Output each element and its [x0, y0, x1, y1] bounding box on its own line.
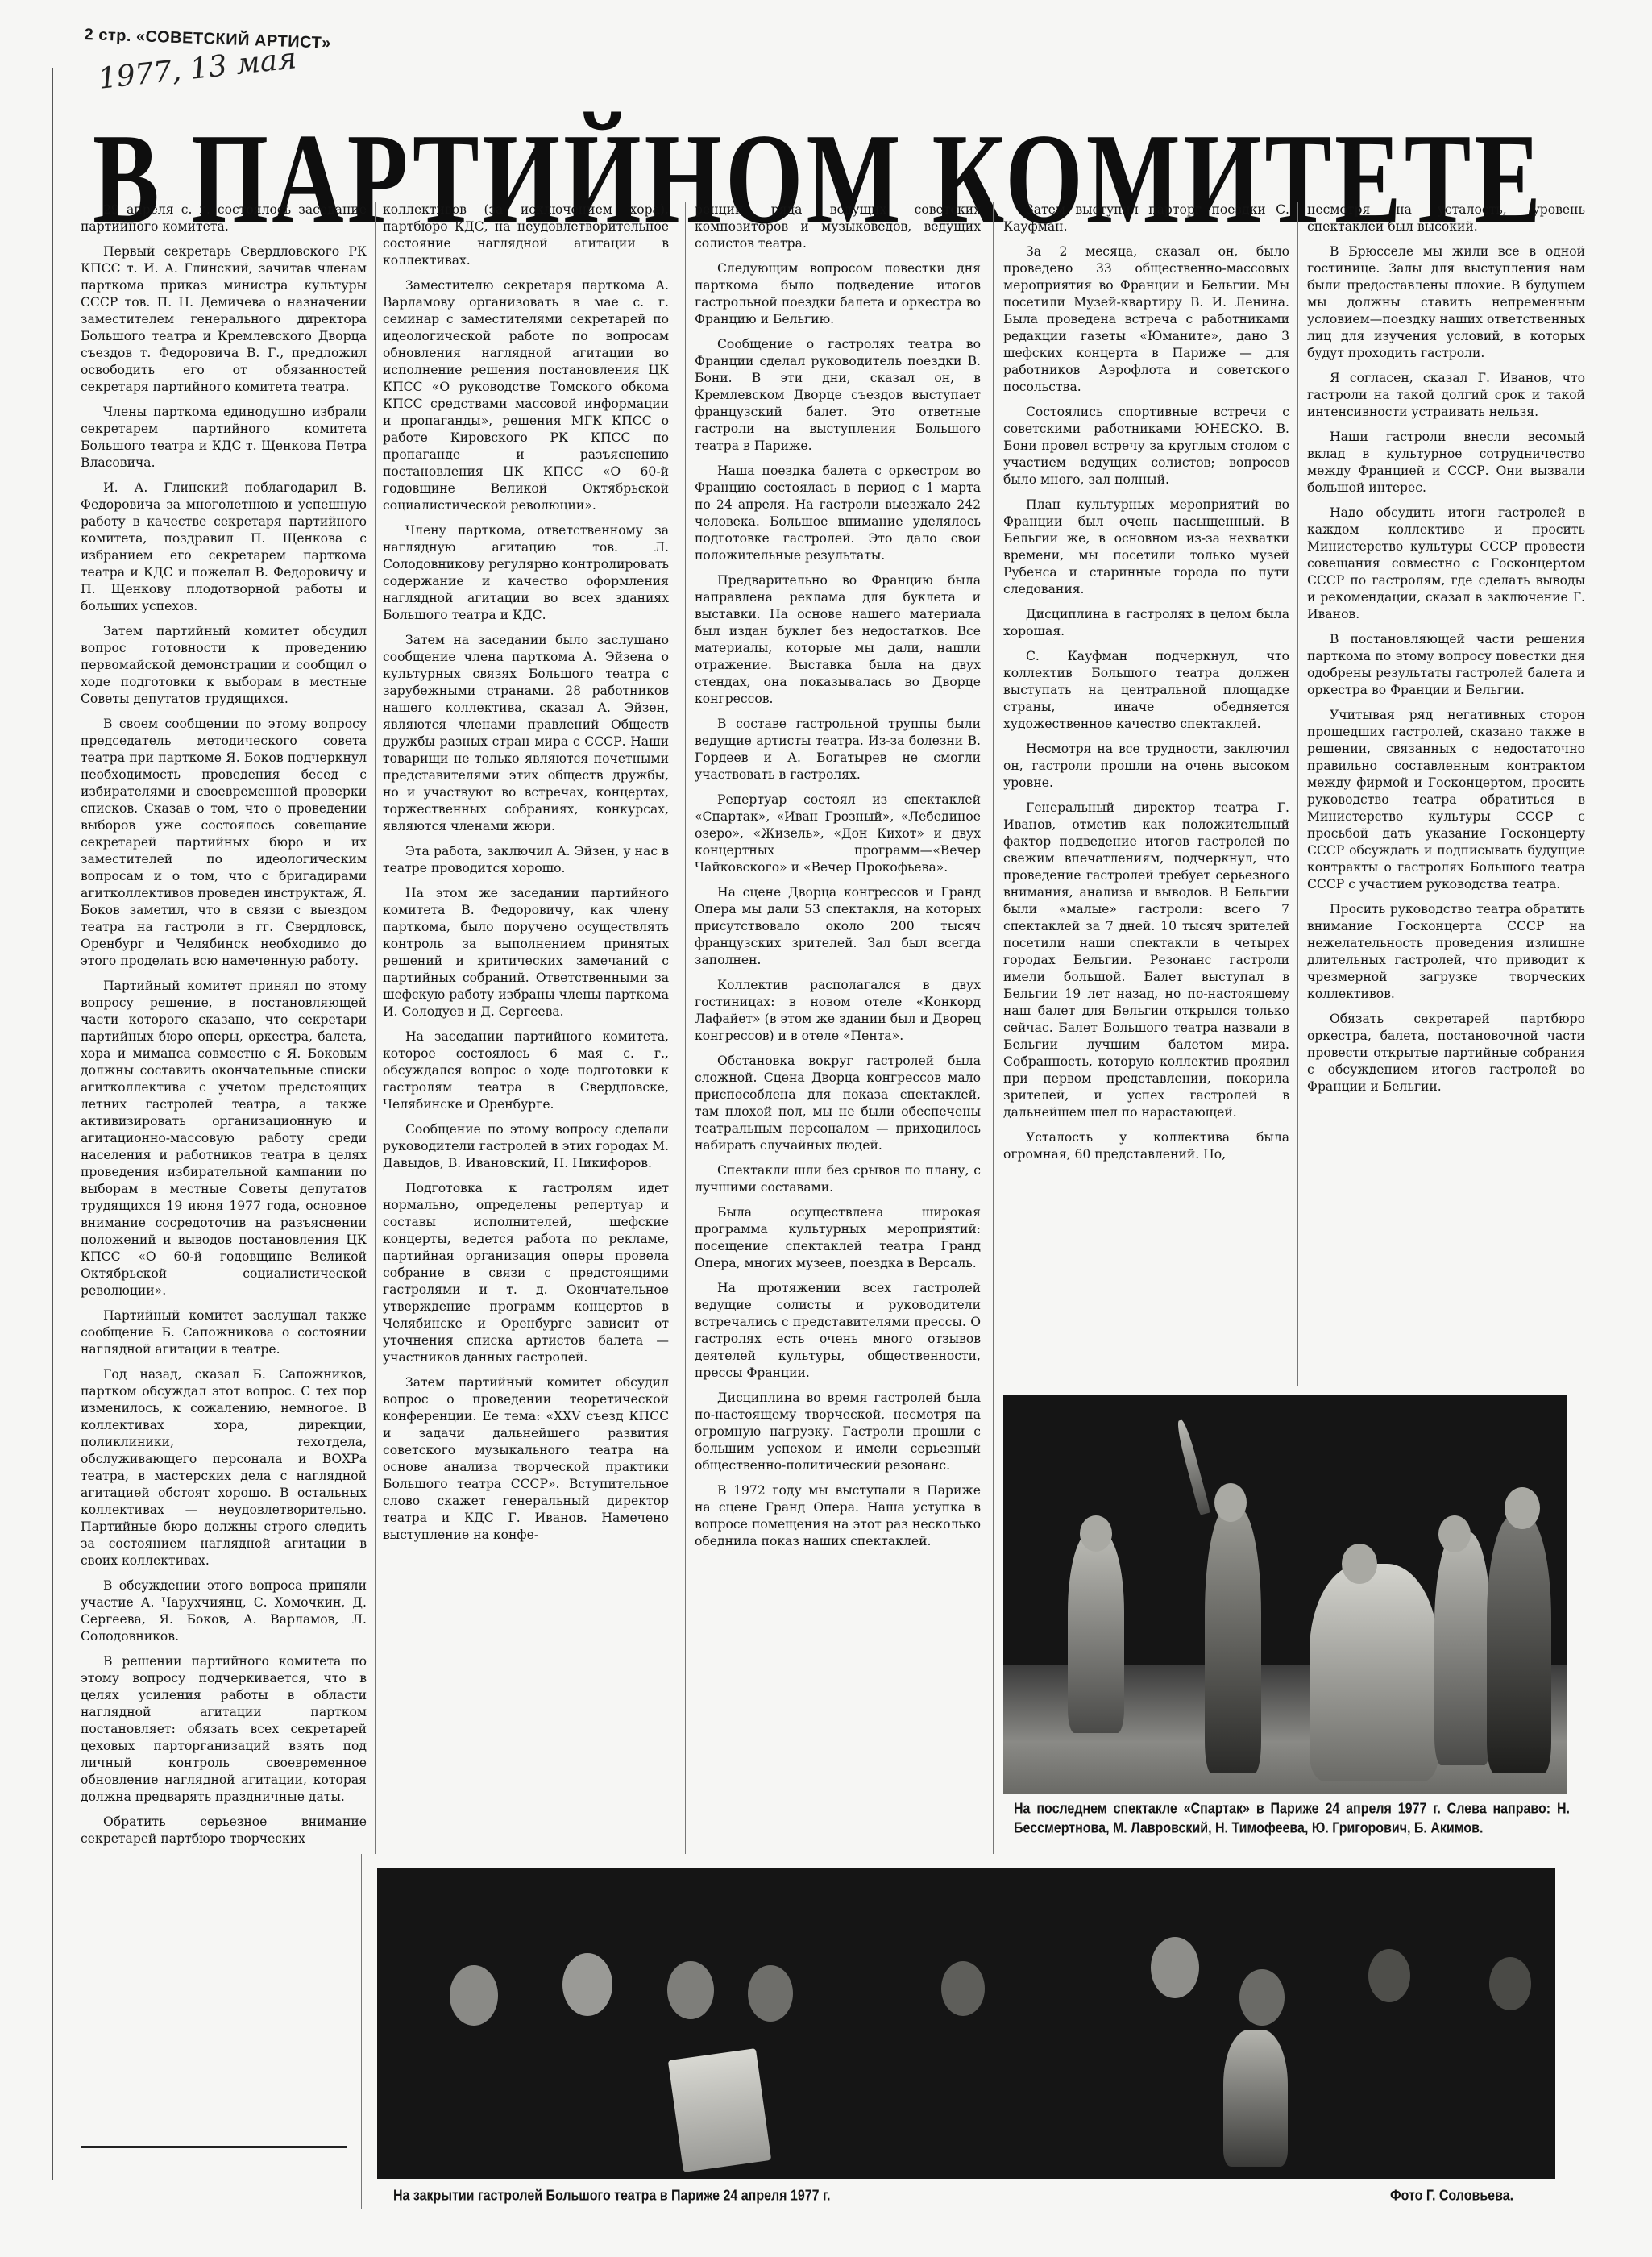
audience-face: [1151, 1937, 1199, 1998]
paragraph: Генеральный директор театра Г. Иванов, о…: [1003, 800, 1289, 1121]
program-booklet: [668, 2048, 771, 2172]
dancer-head: [1342, 1544, 1377, 1584]
ballet-photo: [1003, 1395, 1567, 1794]
paragraph: Наша поездка балета с оркестром во Франц…: [695, 463, 981, 564]
article-column-2: коллективов (за исключением хора), партб…: [383, 202, 669, 1846]
ballet-photo-caption: На последнем спектакле «Спартак» в Париж…: [1014, 1799, 1570, 1838]
paragraph: Просить руководство театра обратить вним…: [1307, 901, 1585, 1003]
audience-photo-caption: На закрытии гастролей Большого театра в …: [393, 2186, 1119, 2205]
article-column-1: 29 апреля с. г. состоялось заседание пар…: [81, 202, 367, 2128]
paragraph: Дисциплина в гастролях в целом была хоро…: [1003, 606, 1289, 640]
audience-face: [1368, 1949, 1410, 2002]
audience-face: [1489, 1957, 1531, 2010]
paragraph: Предварительно во Францию была направлен…: [695, 572, 981, 708]
paragraph: Обстановка вокруг гастролей была сложной…: [695, 1053, 981, 1154]
clipping-border: [52, 68, 53, 2180]
paragraph: несмотря на усталость, уровень спектакле…: [1307, 202, 1585, 235]
dancer-head: [1214, 1483, 1247, 1522]
paragraph: Подготовка к гастролям идет нормально, о…: [383, 1180, 669, 1366]
paragraph: На этом же заседании партийного комитета…: [383, 885, 669, 1020]
paragraph: Усталость у коллектива была огромная, 60…: [1003, 1129, 1289, 1163]
audience-face: [450, 1965, 498, 2026]
audience-face: [562, 1953, 612, 2016]
article-column-3: ренции ряда ведущих советских композитор…: [695, 202, 981, 1846]
paragraph: В Брюсселе мы жили все в одной гостинице…: [1307, 243, 1585, 362]
paragraph: Партийный комитет принял по этому вопрос…: [81, 978, 367, 1299]
paragraph: В составе гастрольной труппы были ведущи…: [695, 716, 981, 784]
paragraph: Затем партийный комитет обсудил вопрос о…: [383, 1374, 669, 1544]
paragraph: Спектакли шли без срывов по плану, с луч…: [695, 1162, 981, 1196]
paragraph: Обратить серьезное внимание секретарей п…: [81, 1814, 367, 1848]
paragraph: Партийный комитет заслушал также сообщен…: [81, 1307, 367, 1358]
handwritten-date: 1977, 13 мая: [97, 42, 298, 96]
paragraph: Следующим вопросом повестки дня парткома…: [695, 260, 981, 328]
paragraph: коллективов (за исключением хора), партб…: [383, 202, 669, 269]
paragraph: В обсуждении этого вопроса приняли участ…: [81, 1577, 367, 1645]
paragraph: Заместителю секретаря парткома А. Варлам…: [383, 277, 669, 514]
paragraph: Состоялись спортивные встречи с советски…: [1003, 404, 1289, 488]
paragraph: Наши гастроли внесли весомый вклад в кул…: [1307, 429, 1585, 497]
paragraph: Я согласен, сказал Г. Иванов, что гастро…: [1307, 370, 1585, 421]
paragraph: Затем партийный комитет обсудил вопрос г…: [81, 623, 367, 708]
column-divider: [685, 202, 686, 1854]
paragraph: В решении партийного комитета по этому в…: [81, 1653, 367, 1806]
dancer-head: [1438, 1515, 1471, 1552]
photo-credit: Фото Г. Соловьева.: [1390, 2186, 1513, 2205]
paragraph: Сообщение по этому вопросу сделали руков…: [383, 1121, 669, 1172]
column-divider: [1297, 202, 1298, 1386]
article-column-4: Затем выступил парторг поездки С. Кауфма…: [1003, 202, 1289, 1395]
paragraph: В постановляющей части решения парткома …: [1307, 631, 1585, 699]
paragraph: Сообщение о гастролях театра во Франции …: [695, 336, 981, 455]
paragraph: Первый секретарь Свердловского РК КПСС т…: [81, 243, 367, 396]
paragraph: На сцене Дворца конгрессов и Гранд Опера…: [695, 884, 981, 969]
paragraph: Несмотря на все трудности, заключил он, …: [1003, 741, 1289, 792]
column-divider: [993, 202, 994, 1854]
paragraph: Репертуар состоял из спектаклей «Спартак…: [695, 792, 981, 876]
paragraph: ренции ряда ведущих советских композитор…: [695, 202, 981, 252]
column-end-rule: [81, 2146, 347, 2148]
dancer-figure: [1205, 1507, 1261, 1773]
audience-photo: [377, 1868, 1555, 2179]
audience-face: [667, 1961, 714, 2019]
paragraph: Учитывая ряд негативных сторон прошедших…: [1307, 707, 1585, 893]
paragraph: План культурных мероприятий во Франции б…: [1003, 497, 1289, 598]
dancer-arm: [1175, 1419, 1211, 1515]
dancer-figure: [1434, 1532, 1491, 1765]
audience-face: [748, 1965, 793, 2022]
audience-face: [1239, 1969, 1285, 2026]
dancer-figure: [1068, 1532, 1124, 1733]
column-divider: [375, 202, 376, 1854]
paragraph: В своем сообщении по этому вопросу предс…: [81, 716, 367, 970]
paragraph: Была осуществлена широкая программа куль…: [695, 1204, 981, 1272]
paragraph: На заседании партийного комитета, которо…: [383, 1029, 669, 1113]
paragraph: Члены парткома единодушно избрали секрет…: [81, 404, 367, 472]
paragraph: За 2 месяца, сказал он, было проведено 3…: [1003, 243, 1289, 396]
audience-figure: [1223, 2030, 1288, 2167]
paragraph: Коллектив располагался в двух гостиницах…: [695, 977, 981, 1045]
paragraph: 29 апреля с. г. состоялось заседание пар…: [81, 202, 367, 235]
paragraph: Затем на заседании было заслушано сообще…: [383, 632, 669, 835]
paragraph: В 1972 году мы выступали в Париже на сце…: [695, 1482, 981, 1550]
paragraph: Члену парткома, ответственному за нагляд…: [383, 522, 669, 624]
dancer-head: [1505, 1487, 1540, 1529]
paragraph: Надо обсудить итоги гастролей в каждом к…: [1307, 505, 1585, 623]
audience-face: [941, 1961, 985, 2016]
paragraph: Затем выступил парторг поездки С. Кауфма…: [1003, 202, 1289, 235]
paragraph: На протяжении всех гастролей ведущие сол…: [695, 1280, 981, 1382]
paragraph: Дисциплина во время гастролей была по-на…: [695, 1390, 981, 1474]
paragraph: С. Кауфман подчеркнул, что коллектив Бол…: [1003, 648, 1289, 733]
paragraph: Год назад, сказал Б. Сапожников, партком…: [81, 1366, 367, 1569]
article-column-5: несмотря на усталость, уровень спектакле…: [1307, 202, 1585, 1395]
paragraph: Обязать секретарей партбюро оркестра, ба…: [1307, 1011, 1585, 1095]
paragraph: Эта работа, заключил А. Эйзен, у нас в т…: [383, 843, 669, 877]
dancer-figure: [1310, 1564, 1438, 1781]
paragraph: И. А. Глинский поблагодарил В. Федорович…: [81, 480, 367, 615]
dancer-head: [1080, 1515, 1112, 1552]
dancer-figure: [1487, 1515, 1551, 1773]
